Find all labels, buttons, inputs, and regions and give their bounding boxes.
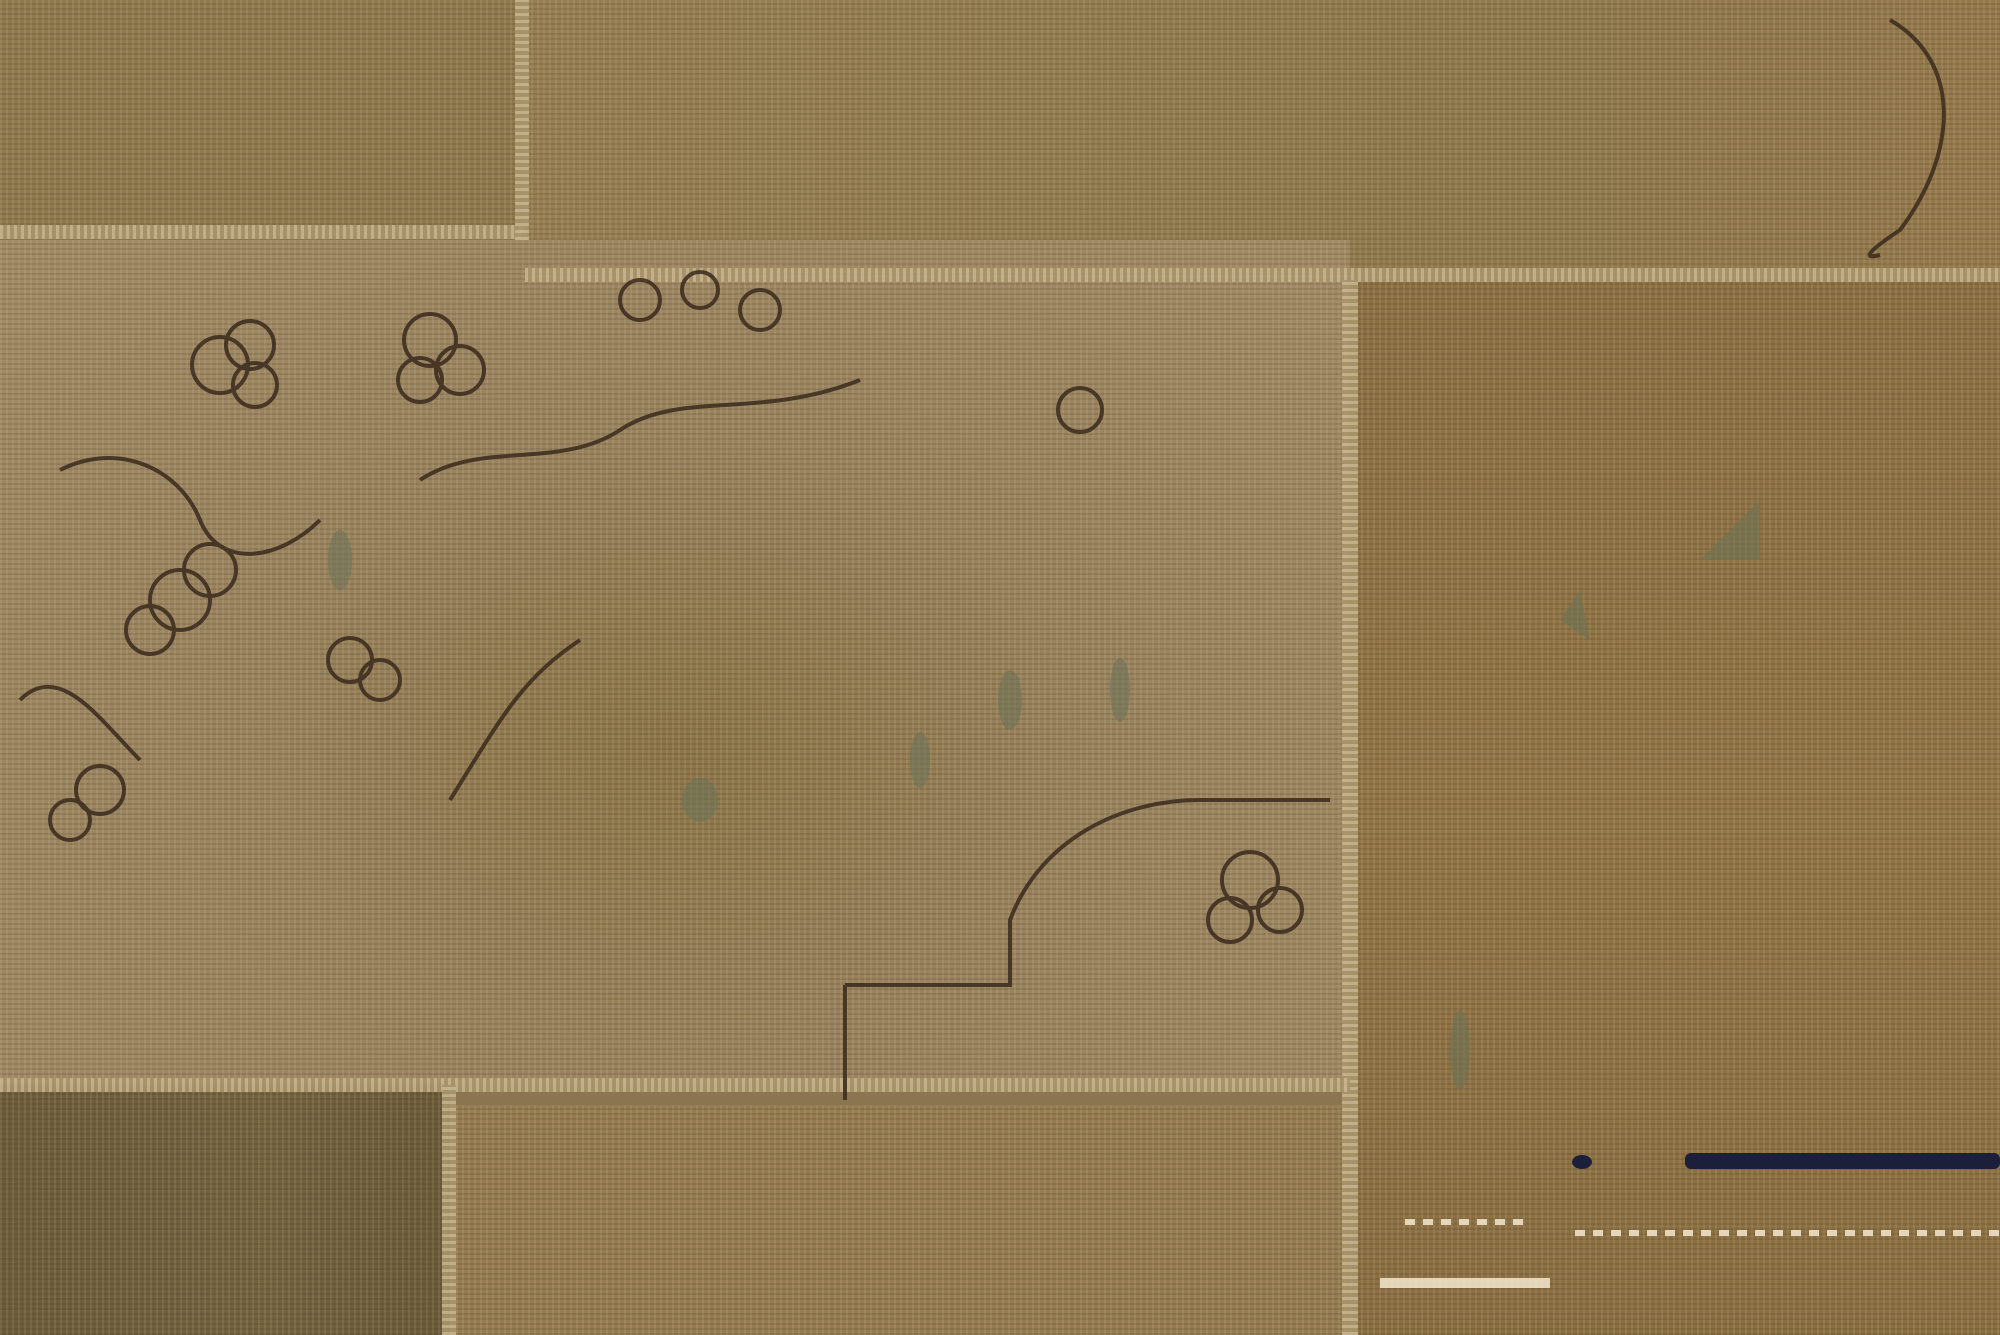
patchwork-rug-photo	[0, 0, 2000, 1335]
navy-stripe	[1572, 1153, 2000, 1169]
floral-motif	[0, 0, 2000, 1335]
